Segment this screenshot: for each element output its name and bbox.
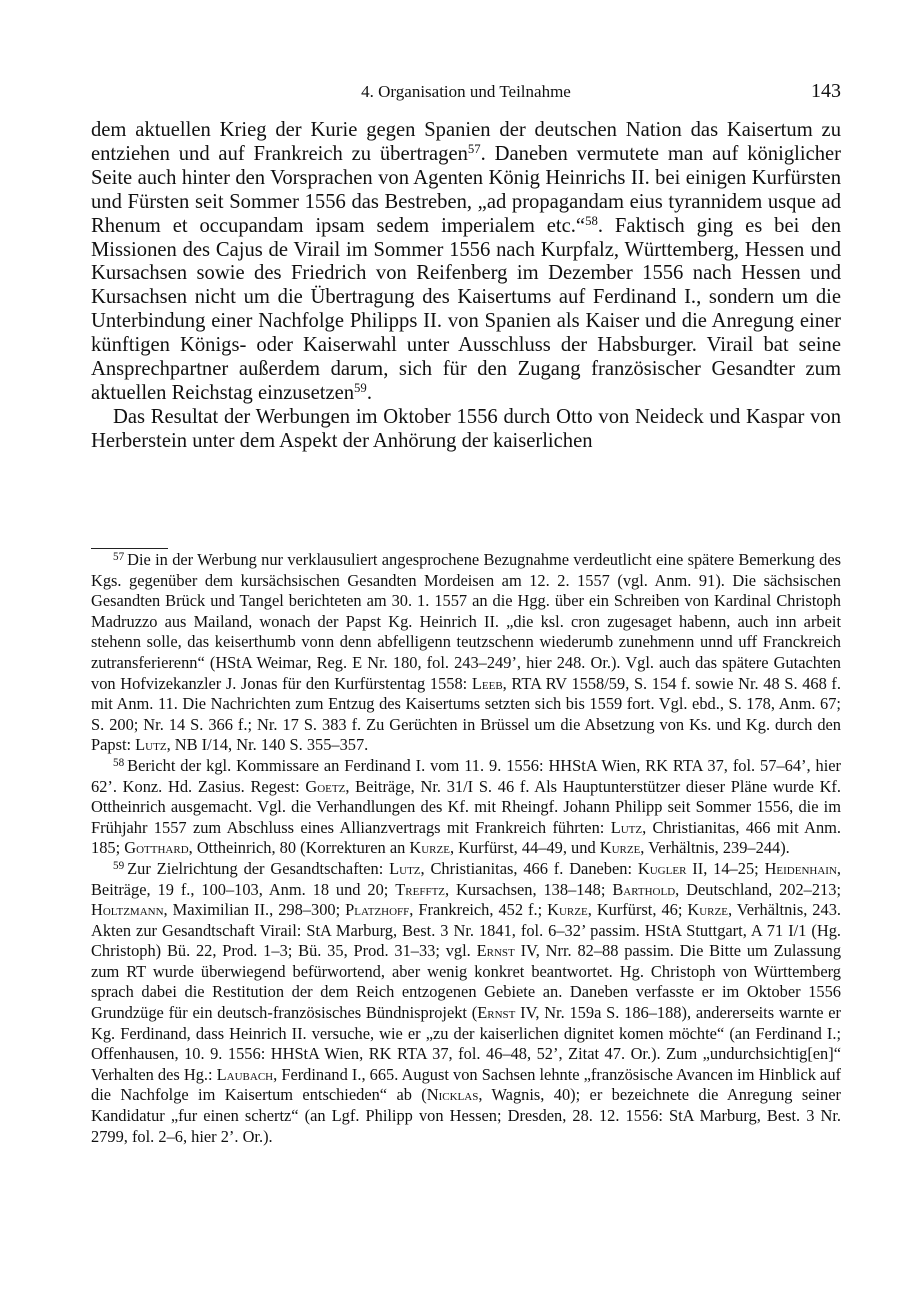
author-name: Nicklas bbox=[427, 1085, 479, 1104]
author-name: Gotthard bbox=[124, 838, 188, 857]
author-name: Lutz bbox=[135, 735, 166, 754]
author-name: Leeb bbox=[472, 674, 503, 693]
author-name: Lutz bbox=[611, 818, 642, 837]
text-run: , Deutschland, 202–213; bbox=[675, 880, 841, 899]
author-name: Kurze bbox=[409, 838, 450, 857]
text-run: , Kurfürst, 46; bbox=[588, 900, 688, 919]
text-run: . bbox=[367, 382, 372, 404]
footnote-number: 57 bbox=[113, 551, 124, 563]
footnote-separator bbox=[91, 548, 168, 549]
author-name: Ernst bbox=[477, 941, 515, 960]
running-head: 4. Organisation und Teilnahme 143 bbox=[91, 80, 841, 106]
footnote-ref-57[interactable]: 57 bbox=[468, 142, 481, 156]
paragraph: Das Resultat der Werbungen im Oktober 15… bbox=[91, 406, 841, 454]
footnotes: 57Die in der Werbung nur verklausuliert … bbox=[91, 550, 841, 1147]
text-run: , Verhältnis, 239–244). bbox=[640, 838, 789, 857]
text-run: , Kurfürst, 44–49, und bbox=[450, 838, 600, 857]
author-name: Platzhoff bbox=[345, 900, 409, 919]
author-name: Kugler bbox=[638, 859, 687, 878]
text-run: Zur Zielrichtung der Gesandtschaften: bbox=[127, 859, 389, 878]
footnote-number: 59 bbox=[113, 860, 124, 872]
author-name: Barthold bbox=[612, 880, 675, 899]
text-run: , Ottheinrich, 80 (Korrekturen an bbox=[189, 838, 410, 857]
text-run: . Faktisch ging es bei den Missionen des… bbox=[91, 215, 841, 404]
footnote-ref-59[interactable]: 59 bbox=[354, 381, 367, 395]
text-run: , NB I/14, Nr. 140 S. 355–357. bbox=[167, 735, 369, 754]
author-name: Goetz bbox=[305, 777, 345, 796]
text-run: , Frankreich, 452 f.; bbox=[409, 900, 547, 919]
running-title: 4. Organisation und Teilnahme bbox=[91, 82, 841, 102]
footnote-number: 58 bbox=[113, 757, 124, 769]
footnote-58: 58Bericht der kgl. Kommissare an Ferdina… bbox=[91, 756, 841, 859]
author-name: Ernst bbox=[477, 1003, 515, 1022]
text-run: Die in der Werbung nur verklausuliert an… bbox=[91, 550, 841, 693]
author-name: Kurze bbox=[600, 838, 641, 857]
body-text: dem aktuellen Krieg der Kurie gegen Span… bbox=[91, 119, 841, 454]
text-run: , Christianitas, 466 f. Daneben: bbox=[421, 859, 638, 878]
author-name: Kurze bbox=[547, 900, 588, 919]
author-name: Laubach bbox=[217, 1065, 273, 1084]
footnote-59: 59Zur Zielrichtung der Gesandtschaften: … bbox=[91, 859, 841, 1147]
author-name: Lutz bbox=[389, 859, 420, 878]
footnote-57: 57Die in der Werbung nur verklausuliert … bbox=[91, 550, 841, 756]
text-run: II, 14–25; bbox=[686, 859, 764, 878]
footnote-ref-58[interactable]: 58 bbox=[585, 214, 598, 228]
page-number: 143 bbox=[811, 80, 841, 103]
author-name: Holtzmann bbox=[91, 900, 164, 919]
text-run: , Maximilian II., 298–300; bbox=[164, 900, 346, 919]
author-name: Heidenhain bbox=[765, 859, 837, 878]
text-run: , Kursachsen, 138–148; bbox=[445, 880, 612, 899]
author-name: Trefftz bbox=[395, 880, 445, 899]
paragraph: dem aktuellen Krieg der Kurie gegen Span… bbox=[91, 119, 841, 406]
author-name: Kurze bbox=[687, 900, 728, 919]
